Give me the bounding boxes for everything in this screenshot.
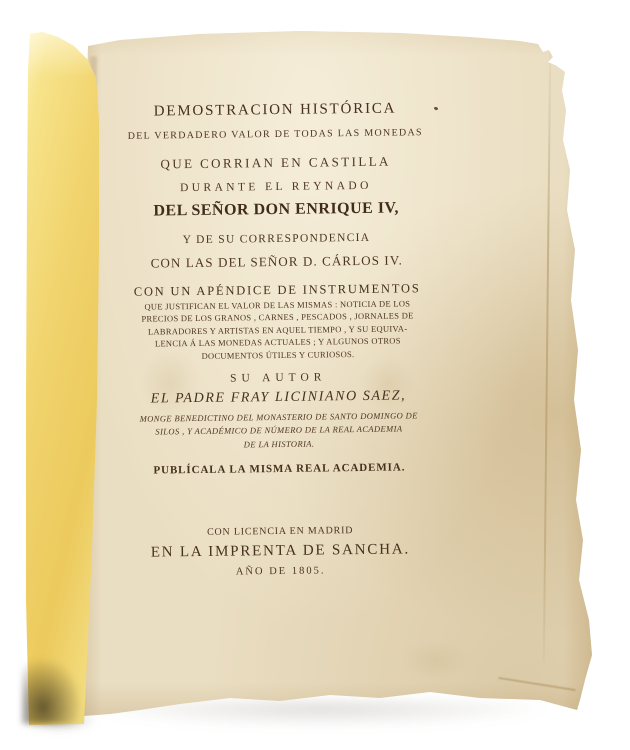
apendice-paragraph: QUE JUSTIFICAN EL VALOR DE LAS MISMAS : … [107, 297, 448, 363]
correspondencia-line: Y DE SU CORRESPONDENCIA [107, 231, 447, 247]
main-title: DEMOSTRACION HISTÓRICA [105, 100, 445, 121]
subtitle-castilla: QUE CORRIAN EN CASTILLA [106, 153, 446, 173]
author-description: MONGE BENEDICTINO DEL MONASTERIO DE SANT… [109, 409, 449, 453]
carlos-line: CON LAS DEL SEÑOR D. CÁRLOS IV. [107, 252, 447, 272]
photo-frame: DEMOSTRACION HISTÓRICA DEL VERDADERO VAL… [0, 0, 630, 750]
page-stain [400, 640, 470, 680]
imprint-year: AÑO DE 1805. [111, 564, 451, 579]
king-name-line: DEL SEÑOR DON ENRIQUE IV, [106, 199, 446, 221]
title-page: DEMOSTRACION HISTÓRICA DEL VERDADERO VAL… [70, 28, 600, 724]
title-page-text: DEMOSTRACION HISTÓRICA DEL VERDADERO VAL… [105, 94, 451, 618]
page-crease-right [543, 52, 551, 662]
subtitle-reynado: DURANTE EL REYNADO [106, 179, 446, 195]
imprint-licencia: CON LICENCIA EN MADRID [110, 524, 450, 539]
publisher-line: PUBLÍCALA LA MISMA REAL ACADEMIA. [109, 461, 449, 477]
subtitle-monedas: DEL VERDADERO VALOR DE TODAS LAS MONEDAS [105, 127, 445, 142]
su-autor-heading: SU AUTOR [108, 370, 448, 386]
endpaper-corner-shadow [22, 658, 82, 724]
imprint-sancha: EN LA IMPRENTA DE SANCHA. [110, 541, 450, 562]
author-name: EL PADRE FRAY LICINIANO SAEZ, [108, 388, 448, 408]
page-crease-bottom [498, 677, 575, 691]
